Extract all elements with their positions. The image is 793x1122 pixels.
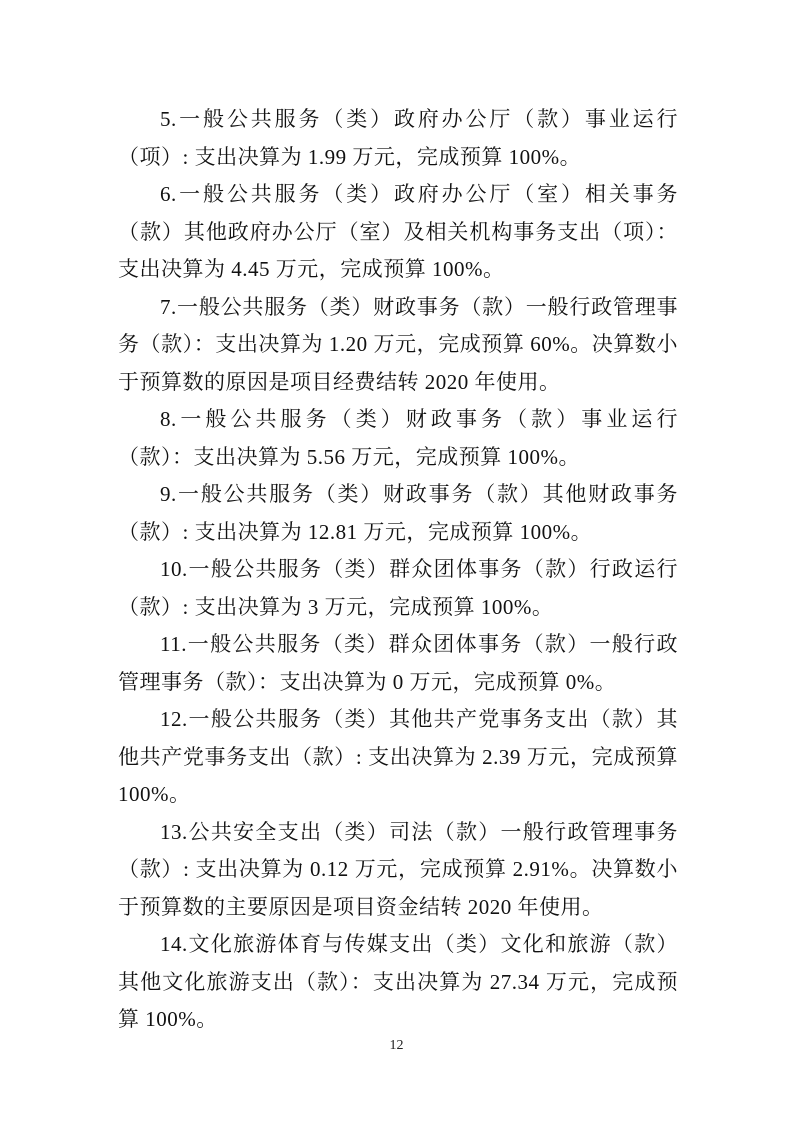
paragraph-item-9: 9.一般公共服务（类）财政事务（款）其他财政事务（款）: 支出决算为 12.81… bbox=[118, 476, 678, 551]
paragraph-item-12: 12.一般公共服务（类）其他共产党事务支出（款）其他共产党事务支出（款）: 支出… bbox=[118, 701, 678, 814]
paragraph-item-10: 10.一般公共服务（类）群众团体事务（款）行政运行（款）: 支出决算为 3 万元… bbox=[118, 551, 678, 626]
paragraph-item-5: 5.一般公共服务（类）政府办公厅（款）事业运行（项）: 支出决算为 1.99 万… bbox=[118, 101, 678, 176]
paragraph-item-13: 13.公共安全支出（类）司法（款）一般行政管理事务（款）: 支出决算为 0.12… bbox=[118, 814, 678, 927]
document-body: 5.一般公共服务（类）政府办公厅（款）事业运行（项）: 支出决算为 1.99 万… bbox=[118, 101, 678, 1039]
paragraph-item-6: 6.一般公共服务（类）政府办公厅（室）相关事务（款）其他政府办公厅（室）及相关机… bbox=[118, 176, 678, 289]
page-number: 12 bbox=[390, 1038, 404, 1053]
document-page: 5.一般公共服务（类）政府办公厅（款）事业运行（项）: 支出决算为 1.99 万… bbox=[0, 0, 793, 1122]
paragraph-item-7: 7.一般公共服务（类）财政事务（款）一般行政管理事务（款）：支出决算为 1.20… bbox=[118, 289, 678, 402]
paragraph-item-14: 14.文化旅游体育与传媒支出（类）文化和旅游（款）其他文化旅游支出（款）：支出决… bbox=[118, 926, 678, 1039]
paragraph-item-11: 11.一般公共服务（类）群众团体事务（款）一般行政管理事务（款）：支出决算为 0… bbox=[118, 626, 678, 701]
page-footer: 12 bbox=[0, 1036, 793, 1054]
paragraph-item-8: 8.一般公共服务（类）财政事务（款）事业运行（款）：支出决算为 5.56 万元，… bbox=[118, 401, 678, 476]
